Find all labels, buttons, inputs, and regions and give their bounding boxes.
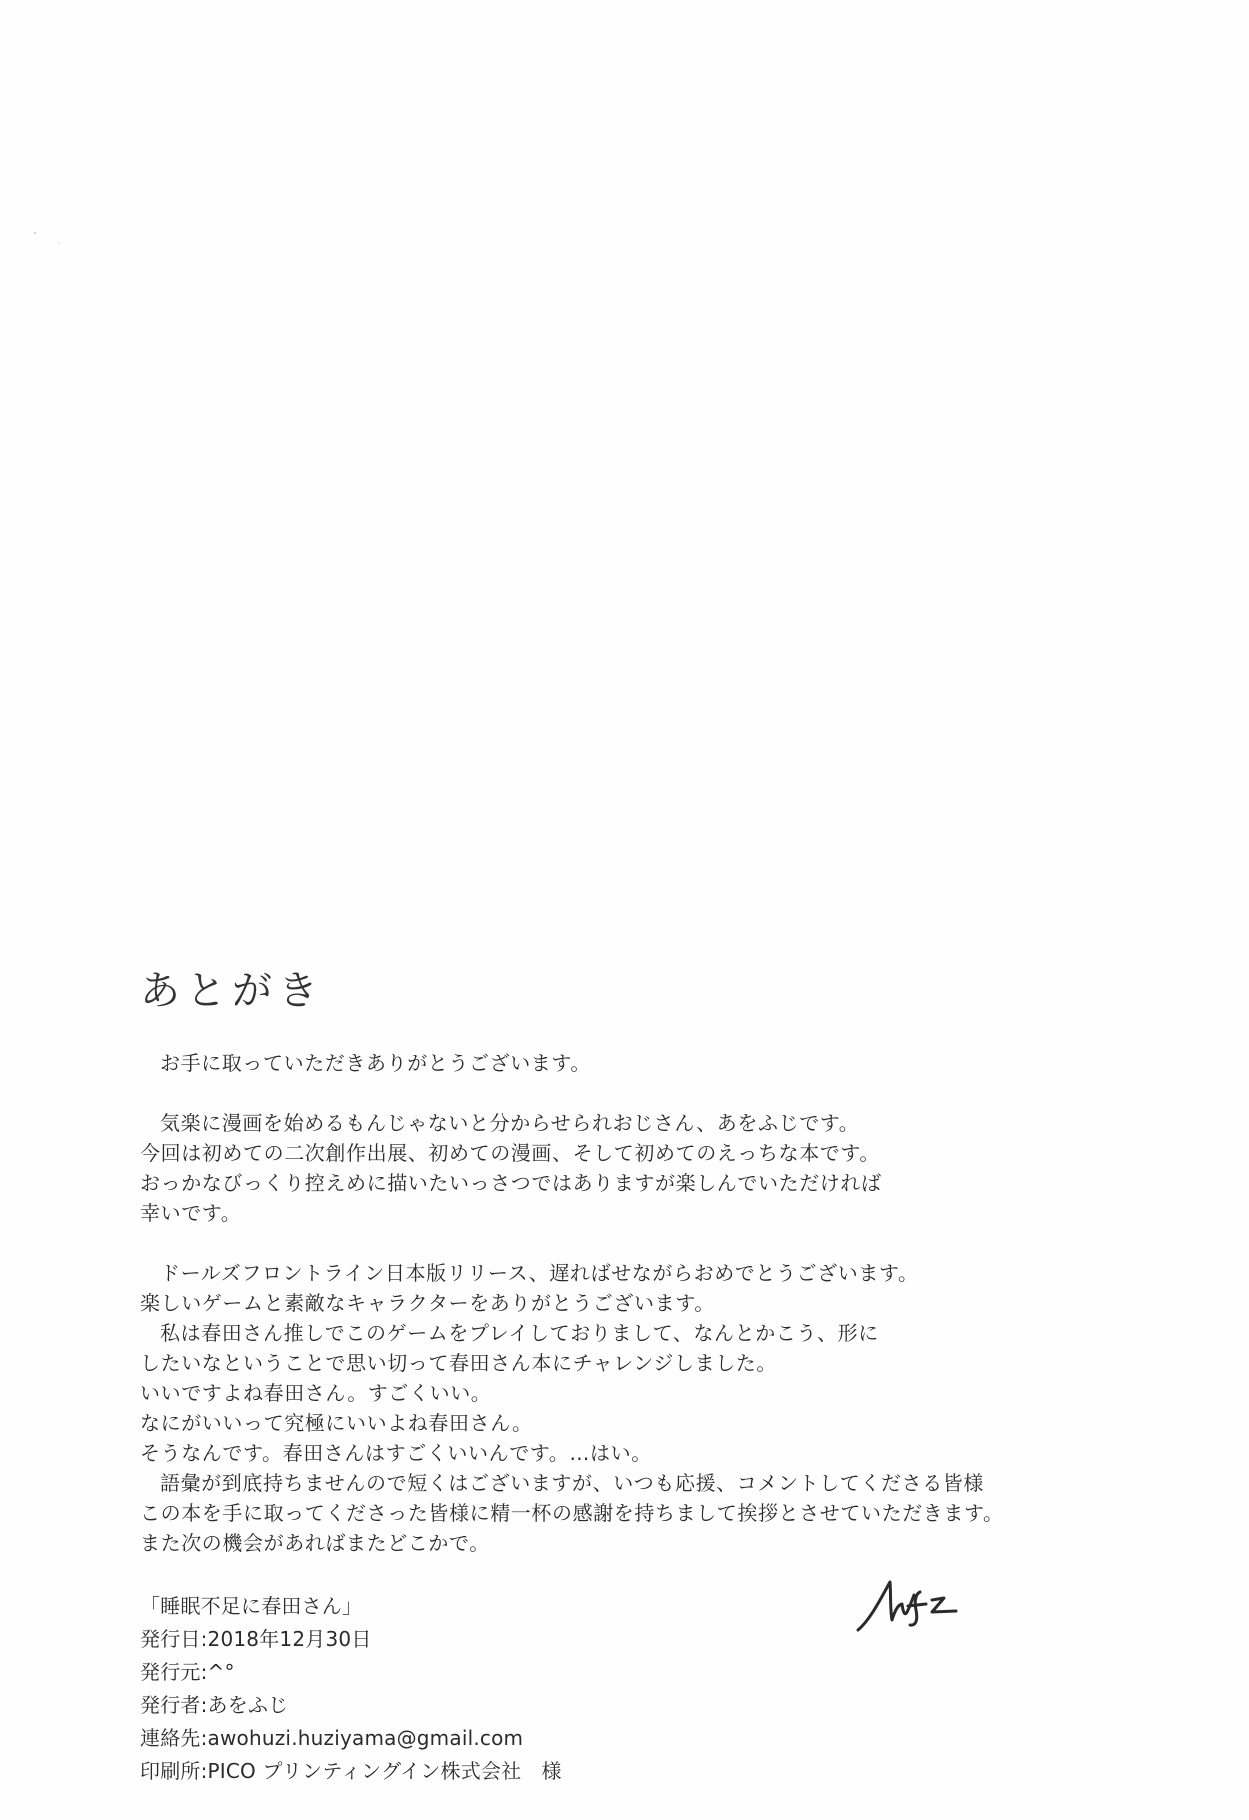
signature-icon	[850, 1570, 980, 1640]
text-line: いいですよね春田さん。すごくいい。	[140, 1378, 1140, 1408]
scan-speck	[58, 242, 60, 244]
text-line: したいなということで思い切って春田さん本にチャレンジしました。	[140, 1348, 1140, 1378]
text-line: また次の機会があればまたどこかで。	[140, 1528, 1140, 1558]
text-line: 幸いです。	[140, 1198, 1140, 1228]
afterword-body: お手に取っていただきありがとうございます。 気楽に漫画を始めるもんじゃないと分か…	[140, 1048, 1140, 1558]
paragraph: ドールズフロントライン日本版リリース、遅ればせながらおめでとうございます。 楽し…	[140, 1258, 1140, 1558]
text-line: 私は春田さん推しでこのゲームをプレイしておりまして、なんとかこう、形に	[140, 1318, 1140, 1348]
contact-email: 連絡先:awohuzi.huziyama@gmail.com	[140, 1722, 562, 1755]
text-line: おっかなびっくり控えめに描いたいっさつではありますが楽しんでいただければ	[140, 1168, 1140, 1198]
text-line: この本を手に取ってくださった皆様に精一杯の感謝を持ちまして挨拶とさせていただきま…	[140, 1498, 1140, 1528]
text-line: そうなんです。春田さんはすごくいいんです。…はい。	[140, 1438, 1140, 1468]
colophon: 「睡眠不足に春田さん」 発行日:2018年12月30日 発行元:^° 発行者:あ…	[140, 1590, 562, 1788]
publisher: 発行元:^°	[140, 1656, 562, 1689]
paragraph: お手に取っていただきありがとうございます。	[140, 1048, 1140, 1078]
text-line: なにがいいって究極にいいよね春田さん。	[140, 1408, 1140, 1438]
text-line: お手に取っていただきありがとうございます。	[140, 1048, 1140, 1078]
printer: 印刷所:PICO プリンティングイン株式会社 様	[140, 1755, 562, 1788]
issue-date: 発行日:2018年12月30日	[140, 1623, 562, 1656]
text-line: 今回は初めての二次創作出展、初めての漫画、そして初めてのえっちな本です。	[140, 1138, 1140, 1168]
afterword-heading: あとがき	[140, 966, 324, 1016]
paragraph-gap	[140, 1078, 1140, 1108]
scan-speck	[34, 232, 36, 234]
issuer: 発行者:あをふじ	[140, 1689, 562, 1722]
author-signature	[850, 1570, 980, 1640]
text-line: 語彙が到底持ちませんので短くはございますが、いつも応援、コメントしてくださる皆様	[140, 1468, 1140, 1498]
text-line: ドールズフロントライン日本版リリース、遅ればせながらおめでとうございます。	[140, 1258, 1140, 1288]
afterword-page: あとがき お手に取っていただきありがとうございます。 気楽に漫画を始めるもんじゃ…	[0, 0, 1249, 1820]
text-line: 楽しいゲームと素敵なキャラクターをありがとうございます。	[140, 1288, 1140, 1318]
book-title: 「睡眠不足に春田さん」	[140, 1590, 562, 1623]
paragraph: 気楽に漫画を始めるもんじゃないと分からせられおじさん、あをふじです。 今回は初め…	[140, 1108, 1140, 1228]
text-line: 気楽に漫画を始めるもんじゃないと分からせられおじさん、あをふじです。	[140, 1108, 1140, 1138]
paragraph-gap	[140, 1228, 1140, 1258]
